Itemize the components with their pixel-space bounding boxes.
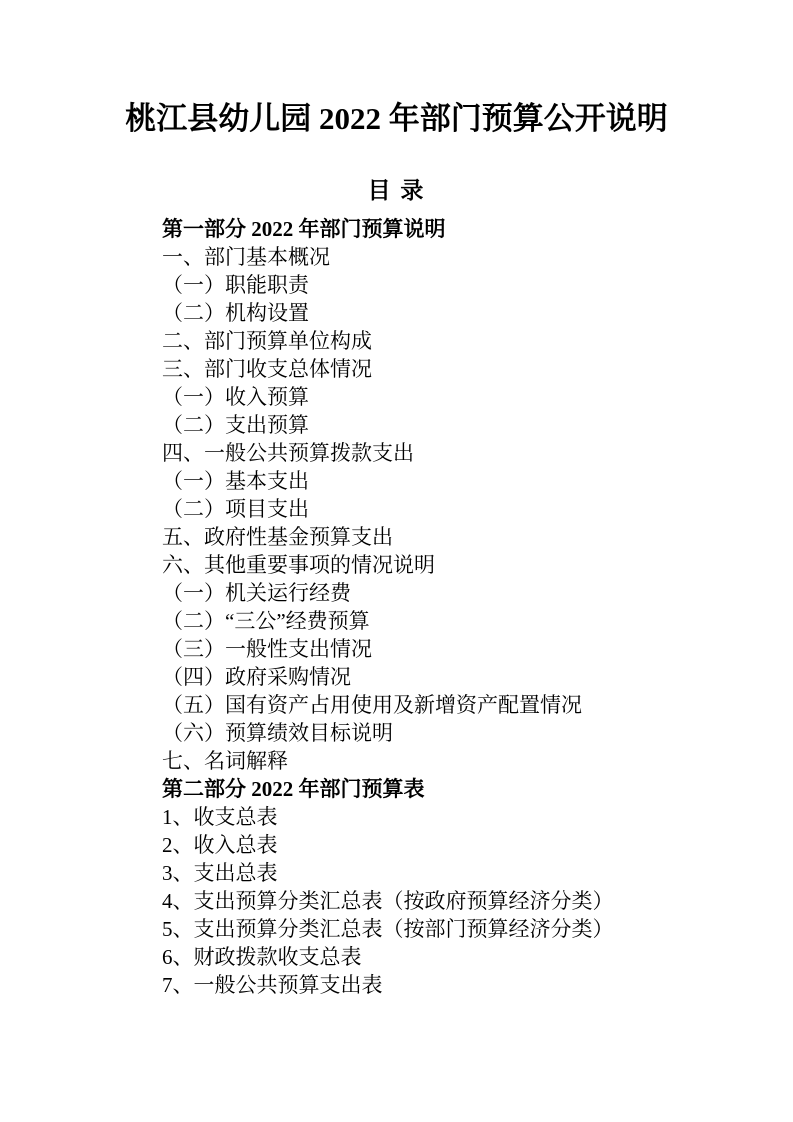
toc-item: 六、其他重要事项的情况说明 — [162, 551, 733, 579]
document-title: 桃江县幼儿园 2022 年部门预算公开说明 — [107, 0, 687, 141]
toc-item: 五、政府性基金预算支出 — [162, 523, 733, 551]
toc-item: 四、一般公共预算拨款支出 — [162, 439, 733, 467]
toc-item: （一）职能职责 — [162, 271, 733, 299]
toc-item: （五）国有资产占用使用及新增资产配置情况 — [162, 691, 733, 719]
toc-item: 6、财政拨款收支总表 — [162, 943, 733, 971]
toc-item: 一、部门基本概况 — [162, 243, 733, 271]
toc-item: （二）“三公”经费预算 — [162, 607, 733, 635]
toc-part2-heading: 第二部分 2022 年部门预算表 — [162, 775, 733, 803]
table-of-contents: 第一部分 2022 年部门预算说明 一、部门基本概况 （一）职能职责 （二）机构… — [162, 215, 733, 999]
toc-item: 3、支出总表 — [162, 859, 733, 887]
toc-item: （一）收入预算 — [162, 383, 733, 411]
toc-item: （一）机关运行经费 — [162, 579, 733, 607]
toc-part1-heading: 第一部分 2022 年部门预算说明 — [162, 215, 733, 243]
toc-item: 4、支出预算分类汇总表（按政府预算经济分类） — [162, 887, 733, 915]
document-page: 桃江县幼儿园 2022 年部门预算公开说明 目 录 第一部分 2022 年部门预… — [0, 0, 793, 1122]
toc-item: （四）政府采购情况 — [162, 663, 733, 691]
toc-item: （二）项目支出 — [162, 495, 733, 523]
toc-item: （二）机构设置 — [162, 299, 733, 327]
toc-item: （二）支出预算 — [162, 411, 733, 439]
toc-item: （一）基本支出 — [162, 467, 733, 495]
toc-item: 5、支出预算分类汇总表（按部门预算经济分类） — [162, 915, 733, 943]
toc-item: （六）预算绩效目标说明 — [162, 719, 733, 747]
toc-item: 1、收支总表 — [162, 803, 733, 831]
toc-heading: 目 录 — [0, 172, 793, 205]
toc-item: 三、部门收支总体情况 — [162, 355, 733, 383]
toc-item: 七、名词解释 — [162, 747, 733, 775]
toc-item: 7、一般公共预算支出表 — [162, 971, 733, 999]
toc-item: 二、部门预算单位构成 — [162, 327, 733, 355]
toc-item: （三）一般性支出情况 — [162, 635, 733, 663]
toc-item: 2、收入总表 — [162, 831, 733, 859]
